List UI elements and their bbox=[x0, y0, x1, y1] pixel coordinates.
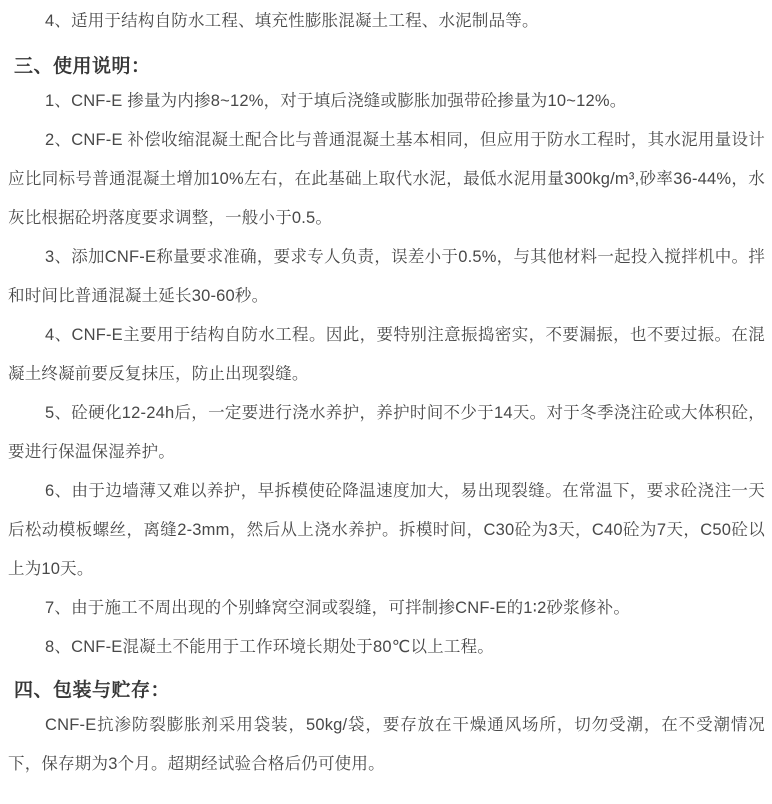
usage-paragraph-5: 5、砼硬化12-24h后，一定要进行浇水养护，养护时间不少于14天。对于冬季浇注… bbox=[8, 394, 765, 472]
usage-paragraph-2: 2、CNF-E 补偿收缩混凝土配合比与普通混凝土基本相同，但应用于防水工程时，其… bbox=[8, 121, 765, 238]
usage-paragraph-6: 6、由于边墙薄又难以养护，早拆模使砼降温速度加大，易出现裂缝。在常温下，要求砼浇… bbox=[8, 472, 765, 589]
heading-packaging-storage: 四、包装与贮存： bbox=[8, 675, 765, 706]
usage-paragraph-3: 3、添加CNF-E称量要求准确，要求专人负责，误差小于0.5%，与其他材料一起投… bbox=[8, 238, 765, 316]
document-page: 4、适用于结构自防水工程、填充性膨胀混凝土工程、水泥制品等。 三、使用说明： 1… bbox=[0, 0, 772, 804]
usage-paragraph-7: 7、由于施工不周出现的个别蜂窝空洞或裂缝，可拌制掺CNF-E的1∶2砂浆修补。 bbox=[8, 589, 765, 628]
usage-paragraph-4: 4、CNF-E主要用于结构自防水工程。因此，要特别注意振捣密实，不要漏振，也不要… bbox=[8, 316, 765, 394]
leading-paragraph: 4、适用于结构自防水工程、填充性膨胀混凝土工程、水泥制品等。 bbox=[8, 2, 765, 41]
section-usage-instructions: 1、CNF-E 掺量为内掺8~12%，对于填后浇缝或膨胀加强带砼掺量为10~12… bbox=[8, 82, 765, 667]
usage-paragraph-8: 8、CNF-E混凝土不能用于工作环境长期处于80℃以上工程。 bbox=[8, 628, 765, 667]
section-packaging-storage: CNF-E抗渗防裂膨胀剂采用袋装，50kg/袋，要存放在干燥通风场所，切勿受潮，… bbox=[8, 706, 765, 784]
packaging-paragraph-1: CNF-E抗渗防裂膨胀剂采用袋装，50kg/袋，要存放在干燥通风场所，切勿受潮，… bbox=[8, 706, 765, 784]
usage-paragraph-1: 1、CNF-E 掺量为内掺8~12%，对于填后浇缝或膨胀加强带砼掺量为10~12… bbox=[8, 82, 765, 121]
heading-usage-instructions: 三、使用说明： bbox=[8, 51, 765, 82]
